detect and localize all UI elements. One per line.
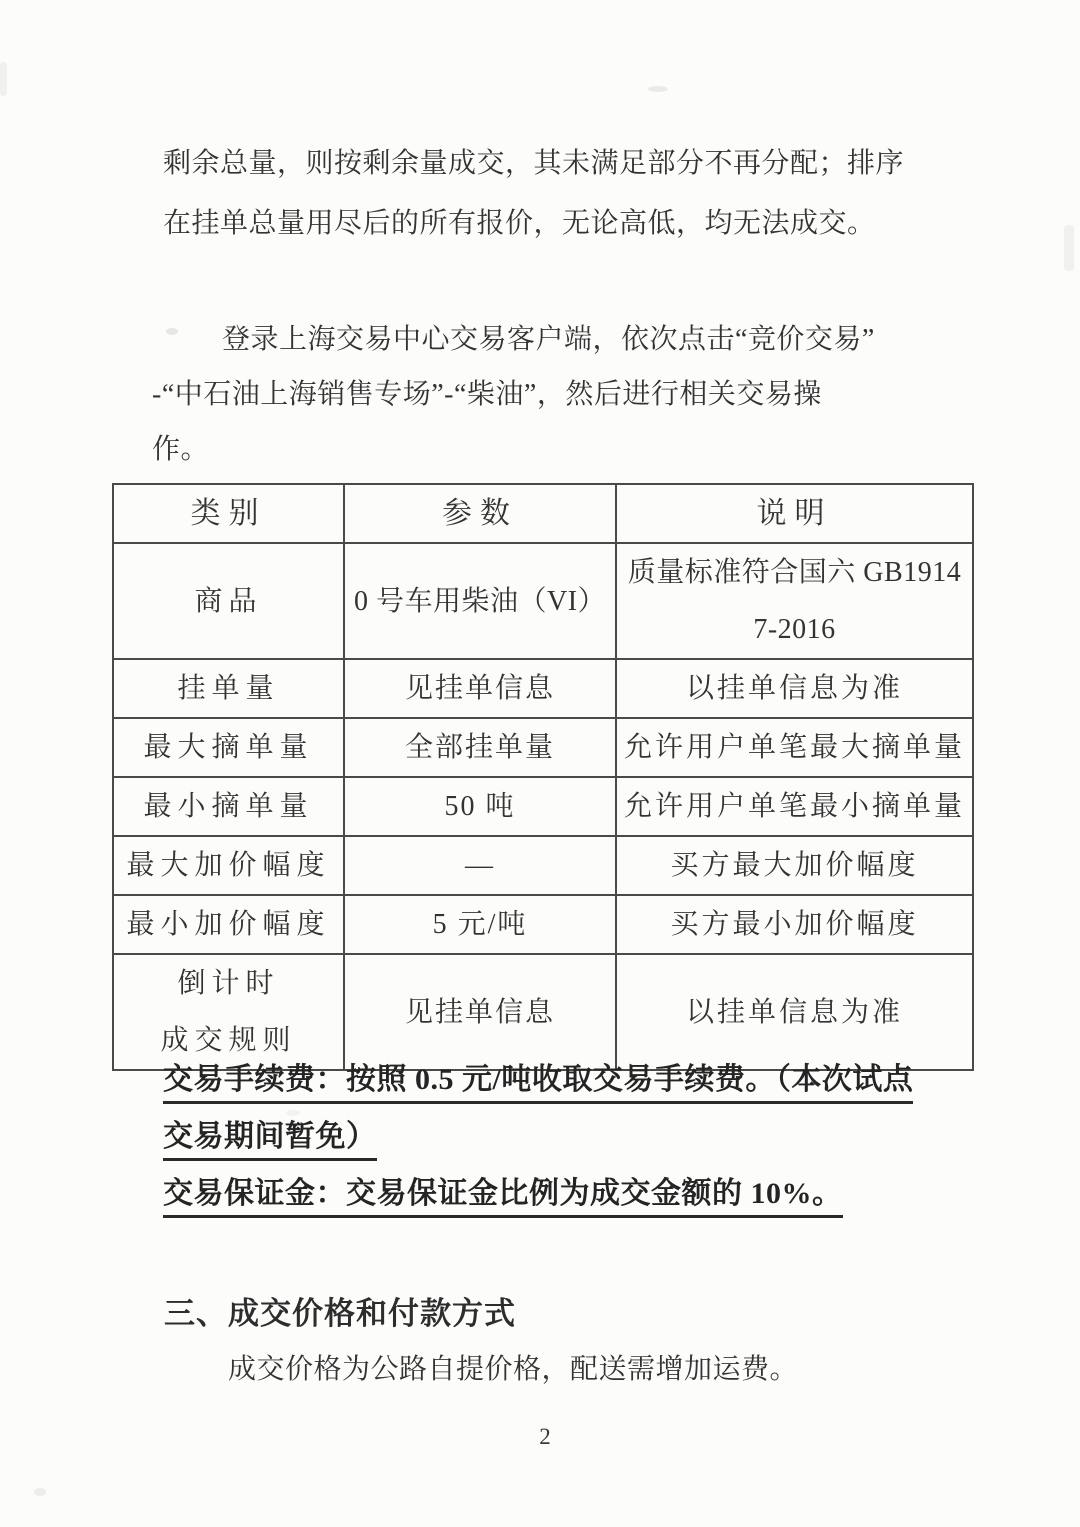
fee-notes: 交易手续费：按照 0.5 元/吨收取交易手续费。（本次试点 交易期间暂免） 交易…	[163, 1050, 983, 1221]
section-body: 成交价格为公路自提价格，配送需增加运费。	[228, 1347, 798, 1387]
paragraph-login-steps: 登录上海交易中心交易客户端，依次点击“竞价交易” -“中石油上海销售专场”-“柴…	[152, 312, 942, 477]
paragraph-fill-rule: 剩余总量，则按剩余量成交，其未满足部分不再分配；排序 在挂单总量用尽后的所有报价…	[163, 134, 943, 254]
fee-line-commission: 交易手续费：按照 0.5 元/吨收取交易手续费。（本次试点	[163, 1050, 983, 1107]
table-header-row: 类别 参数 说明	[113, 484, 973, 543]
cell-category: 挂单量	[113, 659, 344, 718]
cell-param: 5 元/吨	[344, 895, 616, 954]
fee-line-text: 交易手续费：按照 0.5 元/吨收取交易手续费。（本次试点	[163, 1054, 913, 1104]
table-row: 最大加价幅度 — 买方最大加价幅度	[113, 836, 973, 895]
scan-artifact	[34, 1488, 46, 1496]
cell-category: 最小加价幅度	[113, 895, 344, 954]
cell-category: 最大加价幅度	[113, 836, 344, 895]
trade-params-table: 类别 参数 说明 商品 0 号车用柴油（VI） 质量标准符合国六 GB1914 …	[112, 483, 974, 1071]
page-number: 2	[0, 1424, 1080, 1450]
document-page: 剩余总量，则按剩余量成交，其未满足部分不再分配；排序 在挂单总量用尽后的所有报价…	[0, 0, 1080, 1527]
scan-artifact	[166, 328, 178, 335]
header-cell-desc: 说明	[616, 484, 973, 543]
scan-artifact	[286, 1110, 300, 1116]
fee-line-text: 交易期间暂免）	[163, 1111, 377, 1161]
cell-param: 全部挂单量	[344, 718, 616, 777]
cell-category: 最小摘单量	[113, 777, 344, 836]
scan-artifact	[648, 86, 668, 92]
cell-param: —	[344, 836, 616, 895]
cell-desc: 买方最大加价幅度	[616, 836, 973, 895]
cell-param: 见挂单信息	[344, 659, 616, 718]
paragraph-line: 登录上海交易中心交易客户端，依次点击“竞价交易”	[152, 312, 942, 367]
table-row: 商品 0 号车用柴油（VI） 质量标准符合国六 GB1914 7-2016	[113, 543, 973, 659]
paragraph-line: 在挂单总量用尽后的所有报价，无论高低，均无法成交。	[163, 194, 943, 254]
scan-artifact	[0, 62, 7, 96]
cell-desc: 允许用户单笔最大摘单量	[616, 718, 973, 777]
table-row: 挂单量 见挂单信息 以挂单信息为准	[113, 659, 973, 718]
cell-desc: 买方最小加价幅度	[616, 895, 973, 954]
table-row: 最小加价幅度 5 元/吨 买方最小加价幅度	[113, 895, 973, 954]
fee-line-margin: 交易保证金：交易保证金比例为成交金额的 10%。	[163, 1164, 983, 1221]
cell-param: 0 号车用柴油（VI）	[344, 543, 616, 659]
paragraph-line: 剩余总量，则按剩余量成交，其未满足部分不再分配；排序	[163, 134, 943, 194]
fee-line-text: 交易保证金：交易保证金比例为成交金额的 10%。	[163, 1168, 843, 1218]
cell-category: 商品	[113, 543, 344, 659]
cell-desc: 以挂单信息为准	[616, 659, 973, 718]
table-row: 最小摘单量 50 吨 允许用户单笔最小摘单量	[113, 777, 973, 836]
paragraph-line: -“中石油上海销售专场”-“柴油”，然后进行相关交易操	[152, 367, 942, 422]
cell-category: 最大摘单量	[113, 718, 344, 777]
header-cell-category: 类别	[113, 484, 344, 543]
section-heading: 三、成交价格和付款方式	[164, 1288, 516, 1333]
cell-desc: 质量标准符合国六 GB1914 7-2016	[616, 543, 973, 659]
cell-desc: 允许用户单笔最小摘单量	[616, 777, 973, 836]
scan-artifact	[1064, 225, 1074, 271]
table-row: 最大摘单量 全部挂单量 允许用户单笔最大摘单量	[113, 718, 973, 777]
header-cell-param: 参数	[344, 484, 616, 543]
cell-param: 50 吨	[344, 777, 616, 836]
paragraph-line: 作。	[152, 422, 942, 477]
fee-line-commission-cont: 交易期间暂免）	[163, 1107, 983, 1164]
